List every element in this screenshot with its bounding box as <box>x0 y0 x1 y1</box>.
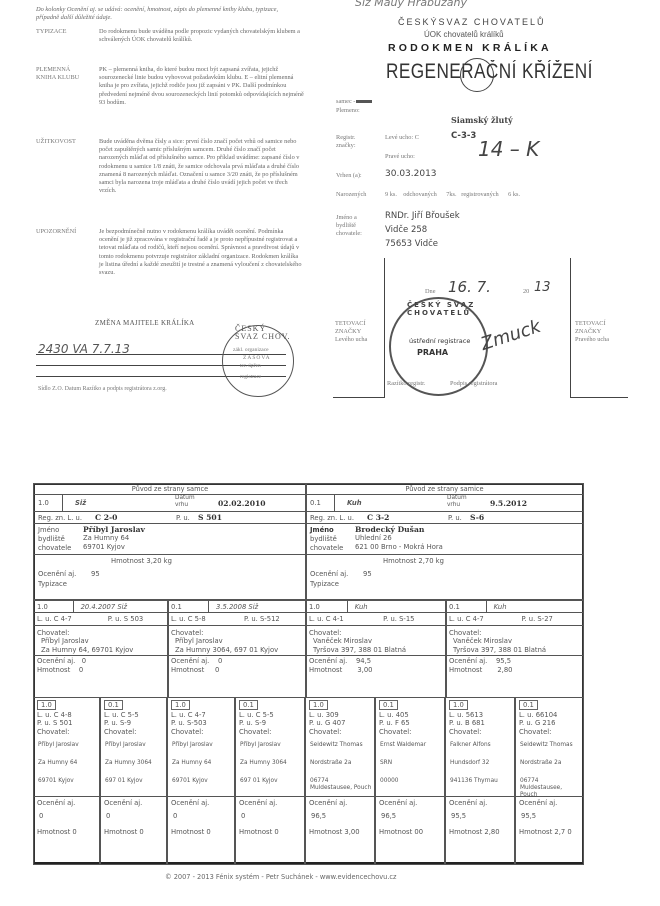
ggp-sex-box: 1.0 <box>37 700 56 710</box>
date-label: Dne <box>425 288 436 296</box>
ggp-breeder-line: 941136 Thyrnau <box>450 778 512 785</box>
section-text: PK – plemenná kniha, do které budou moci… <box>99 66 304 107</box>
breeder-city: 75653 Vidče <box>385 239 438 249</box>
ggp-sex: 0.1 <box>239 700 258 710</box>
parent-breeder-row <box>305 523 584 555</box>
divider <box>570 258 571 398</box>
gp-lu: L. u. C 4-1 <box>309 615 344 623</box>
gp-address: Tyršova 397, 388 01 Blatná <box>313 646 406 654</box>
breeder-name: RNDr. Jiří Břoušek <box>385 211 460 221</box>
parent-score: 95 <box>91 570 100 578</box>
gp-breeder-label: Chovatel: <box>309 629 341 637</box>
reg-right-label: P. u. <box>176 514 190 522</box>
ggp-sex: 1.0 <box>37 700 56 710</box>
section-uzitkovost: UŽITKOVOST Bude uváděna dvěma čísly a si… <box>36 138 306 238</box>
ggp-score-label: Ocenění aj. <box>449 799 487 807</box>
gp-pu: P. u. S-512 <box>244 615 280 623</box>
breeder-label: Jméno <box>310 526 334 534</box>
breeder-line: Příbyl Jaroslav <box>83 525 145 534</box>
breed-value: Siamský žlutý <box>451 115 513 125</box>
ggp-sex: 1.0 <box>449 700 468 710</box>
gp-date-breed: 3.5.2008 Siž <box>216 603 258 611</box>
ggp-pu: P. u. G 216 <box>519 719 555 727</box>
ggp-breeder-line: 69701 Kyjov <box>172 778 232 785</box>
gp-weight: Hmotnost 2,80 <box>449 666 513 674</box>
gp-breeder: Příbyl Jaroslav <box>175 637 223 645</box>
ggp-divider <box>33 796 100 797</box>
reg-left: C 2-0 <box>95 513 117 522</box>
section-heading: UŽITKOVOST <box>36 138 91 146</box>
litter-date-label: Datum vrhu <box>175 495 205 509</box>
zo-stamp: ČESKÝ SVAZ CHOV. zákl. organizace ZASOVA… <box>222 325 294 397</box>
ggp-score: 0 <box>39 812 43 820</box>
redacted-mark <box>356 100 372 103</box>
ggp-breeder-line: Příbyl Jaroslav <box>240 742 302 749</box>
ggp-lu: L. u. C 4-7 <box>171 711 206 719</box>
reg-left-label: Reg. zn. L. u. <box>38 514 82 522</box>
signature-label: Podpis registrátora <box>450 380 497 388</box>
ggp-weight: Hmotnost 0 <box>104 828 165 836</box>
ggp-pu: P. u. B 681 <box>449 719 485 727</box>
ggp-score-label: Ocenění aj. <box>37 799 75 807</box>
breeder-label: Jméno a bydliště chovatele: <box>336 214 372 238</box>
tattoo-left-label: TETOVACÍ ZNAČKY Levého ucha <box>335 320 367 344</box>
breeder-street: Vidče 258 <box>385 225 427 235</box>
ggp-breeder-line: Falkner Alfons <box>450 742 512 749</box>
reg-marks-label: Registr. značky: <box>336 134 366 150</box>
ggp-lu: L. u. 309 <box>309 711 339 719</box>
litter-date: 02.02.2010 <box>218 499 266 508</box>
ggp-breeder-line: Za Humny 64 <box>172 760 232 767</box>
litter-date-label: Datum vrhu <box>447 495 477 509</box>
section-text: Je bezpodmínečně nutno v rodokmenu králí… <box>99 228 304 277</box>
parent-breed: Siž <box>75 499 86 507</box>
gp-sex: 1.0 <box>309 603 320 611</box>
ggp-score: 95,5 <box>521 812 536 820</box>
ggp-divider <box>305 796 375 797</box>
gp-divider <box>167 655 307 656</box>
org-name: ČESKÝSVAZ CHOVATELŮ <box>398 17 546 27</box>
ggp-weight: Hmotnost 0 <box>239 828 303 836</box>
gp-divider <box>305 655 447 656</box>
right-ear-label: Pravé ucho: <box>385 153 415 161</box>
section-text: Do rodokmenu bude uváděna podle propozic… <box>99 28 304 44</box>
gp-breeder-label: Chovatel: <box>449 629 481 637</box>
gp-breeder-label: Chovatel: <box>171 629 203 637</box>
gp-weight: Hmotnost 0 <box>37 666 83 674</box>
ggp-divider <box>100 796 167 797</box>
gp-breeder: Vaněček Miroslav <box>453 637 512 645</box>
ggp-breeder-line: 697 01 Kyjov <box>240 778 302 785</box>
typing-label: Typizace <box>310 580 339 588</box>
parent-sex: 0.1 <box>310 499 321 507</box>
ggp-breeder-line: 06774 Muldestausee, Pouch <box>310 778 372 792</box>
ggp-pu: P. u. S 501 <box>37 719 72 727</box>
ggp-breeder-line: Seidewitz Thomas <box>520 742 581 749</box>
breeder-line: 621 00 Brno - Mokrá Hora <box>355 543 443 551</box>
ggp-weight: Hmotnost 0 <box>37 828 98 836</box>
gp-pu: P. u. S-15 <box>383 615 414 623</box>
breeder-line: 69701 Kyjov <box>83 543 125 551</box>
gp-sex: 0.1 <box>171 603 182 611</box>
ggp-breeder-label: Chovatel: <box>239 728 271 736</box>
breeder-label: Jméno <box>38 526 59 534</box>
section-heading: UPOZORNĚNÍ <box>36 228 91 236</box>
ggp-breeder-line: Nordstraße 2a <box>520 760 581 767</box>
ggp-sex-box: 0.1 <box>239 700 258 710</box>
parent-breed: Kuh <box>347 499 362 507</box>
ggp-lu: L. u. 66104 <box>519 711 557 719</box>
ggp-lu: L. u. 405 <box>379 711 409 719</box>
ggp-divider <box>445 796 515 797</box>
ggp-sex-box: 1.0 <box>449 700 468 710</box>
gp-lu: L. u. C 4-7 <box>449 615 484 623</box>
ggp-score-label: Ocenění aj. <box>104 799 142 807</box>
ggp-breeder-line: Seidewitz Thomas <box>310 742 372 749</box>
ggp-breeder-label: Chovatel: <box>449 728 481 736</box>
ggp-breeder-label: Chovatel: <box>37 728 69 736</box>
parent-sex: 1.0 <box>38 499 49 507</box>
ggp-divider <box>235 796 305 797</box>
section-upozorneni: UPOZORNĚNÍ Je bezpodmínečně nutno v rodo… <box>36 228 306 308</box>
ggp-sex-box: 0.1 <box>379 700 398 710</box>
left-ear-value: C-3-3 <box>451 131 476 141</box>
ggp-lu: L. u. C 5-5 <box>239 711 274 719</box>
rabbit-logo-icon <box>460 58 494 92</box>
ggp-sex: 0.1 <box>104 700 123 710</box>
divider <box>333 397 385 398</box>
breeder-line: Brodecký Dušan <box>355 525 424 534</box>
section-typizace: TYPIZACE Do rodokmenu bude uváděna podle… <box>36 28 306 58</box>
ggp-sex-box: 1.0 <box>309 700 328 710</box>
gp-pu: P. u. S-27 <box>521 615 552 623</box>
breeder-label: bydliště <box>310 535 337 543</box>
tattoo-right-label: TETOVACÍ ZNAČKY Pravého ucha <box>575 320 609 344</box>
reg-left: C 3-2 <box>367 513 389 522</box>
ggp-score-label: Ocenění aj. <box>171 799 209 807</box>
parent-weight: Hmotnost 2,70 kg <box>383 557 444 565</box>
typing-label: Typizace <box>38 580 67 588</box>
section-text: Bude uváděna dvěma čísly a sice: první č… <box>99 138 304 195</box>
ggp-score-label: Ocenění aj. <box>239 799 277 807</box>
ggp-sex-box: 0.1 <box>519 700 538 710</box>
ggp-pu: P. u. S-9 <box>104 719 131 727</box>
ggp-breeder-label: Chovatel: <box>171 728 203 736</box>
ggp-score: 96,5 <box>381 812 396 820</box>
ggp-sex: 1.0 <box>171 700 190 710</box>
litter-counts: 9 ks. odchovaných 7ks. registrovaných 6 … <box>385 191 520 199</box>
ggp-breeder-line: Za Humny 3064 <box>105 760 164 767</box>
ggp-weight: Hmotnost 2,7 0 <box>519 828 582 836</box>
gp-breeder-label: Chovatel: <box>37 629 69 637</box>
ggp-breeder-line: 00000 <box>380 778 442 785</box>
gp-weight: Hmotnost 0 <box>171 666 219 674</box>
litter-label: Narozených <box>336 191 366 199</box>
ggp-sex-box: 0.1 <box>104 700 123 710</box>
gp-score: Ocenění aj. 0 <box>37 657 86 665</box>
ggp-breeder-line: Příbyl Jaroslav <box>105 742 164 749</box>
ggp-score: 96,5 <box>311 812 326 820</box>
ggp-score-label: Ocenění aj. <box>519 799 557 807</box>
top-handwriting: Siz Mauy Hrabužany <box>355 0 467 9</box>
footer: © 2007 - 2013 Fénix systém - Petr Suchán… <box>165 873 397 881</box>
ggp-pu: P. u. G 407 <box>309 719 345 727</box>
org-sub: ÚOK chovatelů králíků <box>424 30 504 39</box>
gp-address: Za Humny 64, 69701 Kyjov <box>41 646 133 654</box>
litter-date: 9.5.2012 <box>490 499 527 508</box>
ggp-breeder-label: Chovatel: <box>519 728 551 736</box>
right-ear-value: 14 – K <box>478 137 539 161</box>
ggp-weight: Hmotnost 00 <box>379 828 443 836</box>
breeder-label: chovatele <box>310 544 343 552</box>
gp-address: Za Humny 3064, 697 01 Kyjov <box>175 646 278 654</box>
reg-right-label: P. u. <box>448 514 462 522</box>
ggp-score-label: Ocenění aj. <box>309 799 347 807</box>
parent-breeder-row <box>33 523 307 555</box>
ggp-sex: 0.1 <box>519 700 538 710</box>
breeder-label: chovatele <box>38 544 71 552</box>
gp-date-breed: Kuh <box>355 603 368 611</box>
ggp-pu: P. u. S-503 <box>171 719 207 727</box>
ggp-score: 0 <box>241 812 245 820</box>
ggp-sex-box: 1.0 <box>171 700 190 710</box>
ggp-breeder-line: Nordstraße 2a <box>310 760 372 767</box>
date-year: 13 <box>534 280 551 295</box>
ggp-breeder-line: 697 01 Kyjov <box>105 778 164 785</box>
ggp-score: 0 <box>106 812 110 820</box>
breeder-line: Za Humny 64 <box>83 534 129 542</box>
section-heading: PLEMENNÁ KNIHA KLUBU <box>36 66 91 82</box>
reg-right: S 501 <box>198 513 222 522</box>
owner-change-title: ZMĚNA MAJITELE KRÁLÍKA <box>95 319 195 327</box>
ggp-pu: P. u. S-9 <box>239 719 266 727</box>
date-value: 16. 7. <box>448 278 491 296</box>
owner-change-handwriting: 2430 VA 7.7.13 <box>38 342 130 356</box>
ggp-weight: Hmotnost 3,00 <box>309 828 373 836</box>
score-label: Ocenění aj. <box>310 570 348 578</box>
gp-address: Tyršova 397, 388 01 Blatná <box>453 646 546 654</box>
gp-lu: L. u. C 4-7 <box>37 615 72 623</box>
doc-title: RODOKMEN KRÁLÍKA <box>388 42 552 54</box>
gp-breeder: Vaněček Miroslav <box>313 637 372 645</box>
reg-left-label: Reg. zn. L. u. <box>310 514 354 522</box>
sex-label: samec - <box>336 98 355 106</box>
gp-sex: 1.0 <box>37 603 48 611</box>
gp-breeder: Příbyl Jaroslav <box>41 637 89 645</box>
gp-score: Ocenění aj. 95,5 <box>449 657 511 665</box>
breeder-line: Uhlední 26 <box>355 534 392 542</box>
ggp-breeder-line: Hundsdorf 32 <box>450 760 512 767</box>
gp-date-breed: Kuh <box>494 603 507 611</box>
ggp-breeder-line: Příbyl Jaroslav <box>172 742 232 749</box>
registrar-signature: Zmuck <box>478 316 543 355</box>
ggp-divider <box>515 796 584 797</box>
gp-divider <box>445 655 584 656</box>
ggp-score-label: Ocenění aj. <box>379 799 417 807</box>
divider <box>384 258 385 398</box>
gp-date-breed: 20.4.2007 Siž <box>81 603 128 611</box>
ggp-lu: L. u. C 5-5 <box>104 711 139 719</box>
ggp-breeder-line: SRN <box>380 760 442 767</box>
ggp-sex: 1.0 <box>309 700 328 710</box>
intro-note: Do kolonky Ocenění aj. se udává: ocenění… <box>36 6 286 22</box>
date-year-prefix: 20 <box>523 288 529 296</box>
gp-pu: P. u. S 503 <box>108 615 143 623</box>
reg-right: S-6 <box>470 513 484 522</box>
ggp-breeder-label: Chovatel: <box>309 728 341 736</box>
gp-divider <box>33 655 169 656</box>
score-label: Ocenění aj. <box>38 570 76 578</box>
born-label: Vrhen (a): <box>336 172 362 180</box>
ggp-breeder-line: Za Humny 3064 <box>240 760 302 767</box>
ggp-breeder-line: 69701 Kyjov <box>38 778 97 785</box>
stamp-label: Razítko registr. <box>387 380 425 388</box>
gp-lu: L. u. C 5-8 <box>171 615 206 623</box>
breeder-label: bydliště <box>38 535 65 543</box>
ggp-score: 0 <box>173 812 177 820</box>
born-value: 30.03.2013 <box>385 169 437 179</box>
ggp-breeder-line: Za Humny 64 <box>38 760 97 767</box>
ggp-breeder-line: Ernst Waldemar <box>380 742 442 749</box>
ggp-weight: Hmotnost 2,80 <box>449 828 513 836</box>
ggp-score: 95,5 <box>451 812 466 820</box>
ggp-lu: L. u. 5613 <box>449 711 483 719</box>
ggp-breeder-label: Chovatel: <box>104 728 136 736</box>
parent-score: 95 <box>363 570 372 578</box>
ggp-lu: L. u. C 4-8 <box>37 711 72 719</box>
owner-change-caption: Sídlo Z.O. Datum Razítko a podpis regist… <box>38 385 167 393</box>
section-heading: TYPIZACE <box>36 28 91 36</box>
breed-label: Plemeno: <box>336 107 360 115</box>
section-plemenna-kniha: PLEMENNÁ KNIHA KLUBU PK – plemenná kniha… <box>36 66 306 126</box>
gp-score: Ocenění aj. 0 <box>171 657 222 665</box>
gp-score: Ocenění aj. 94,5 <box>309 657 371 665</box>
left-ear-label: Levé ucho: C <box>385 134 419 142</box>
ggp-weight: Hmotnost 0 <box>171 828 233 836</box>
gp-weight: Hmotnost 3,00 <box>309 666 373 674</box>
ggp-sex: 0.1 <box>379 700 398 710</box>
divider <box>570 397 628 398</box>
ggp-breeder-line: Příbyl Jaroslav <box>38 742 97 749</box>
gp-sex: 0.1 <box>449 603 460 611</box>
ggp-pu: P. u. F 65 <box>379 719 410 727</box>
ggp-divider <box>375 796 445 797</box>
ggp-breeder-label: Chovatel: <box>379 728 411 736</box>
ggp-divider <box>167 796 235 797</box>
parent-weight: Hmotnost 3,20 kg <box>111 557 172 565</box>
